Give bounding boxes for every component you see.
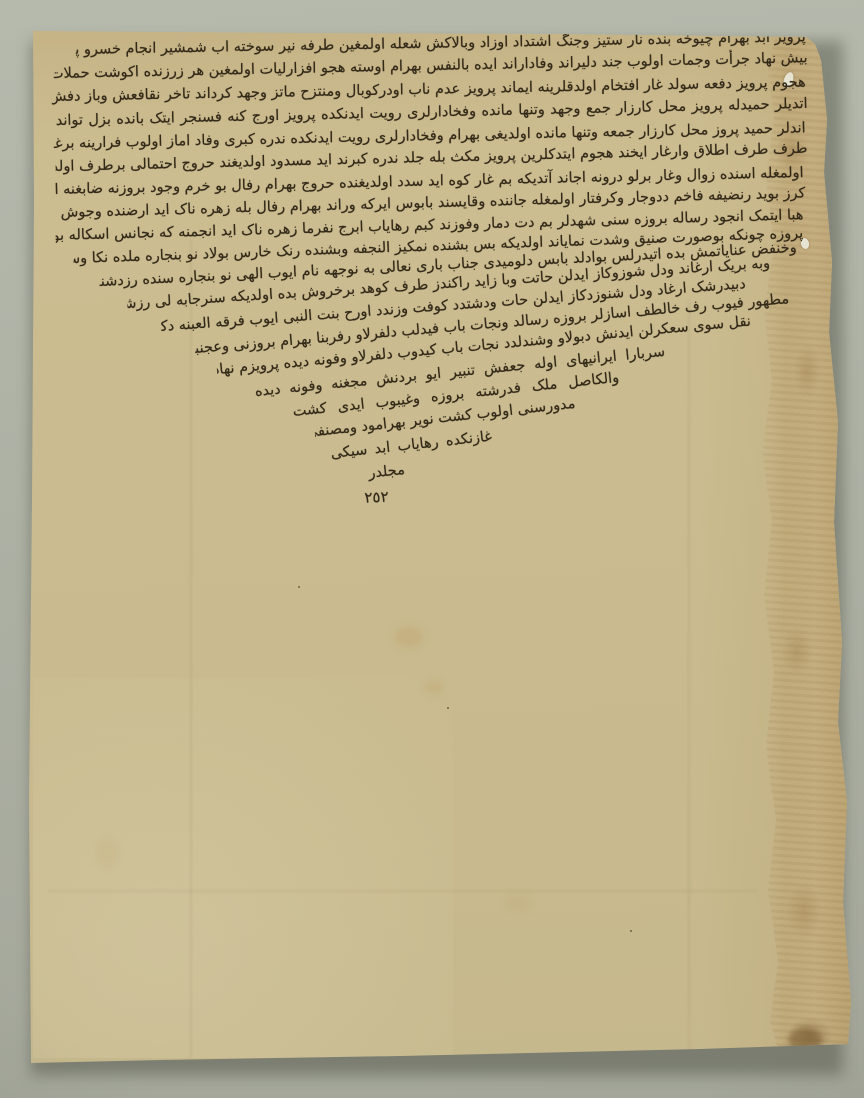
page-number: ٢٥٢ [357,486,396,509]
text-block: پرویز ابد بهرام چیوخه بنده نار ستیز وجنگ… [0,0,864,1098]
manuscript-page: پرویز ابد بهرام چیوخه بنده نار ستیز وجنگ… [0,0,864,1098]
photo-background: پرویز ابد بهرام چیوخه بنده نار ستیز وجنگ… [0,0,864,1098]
